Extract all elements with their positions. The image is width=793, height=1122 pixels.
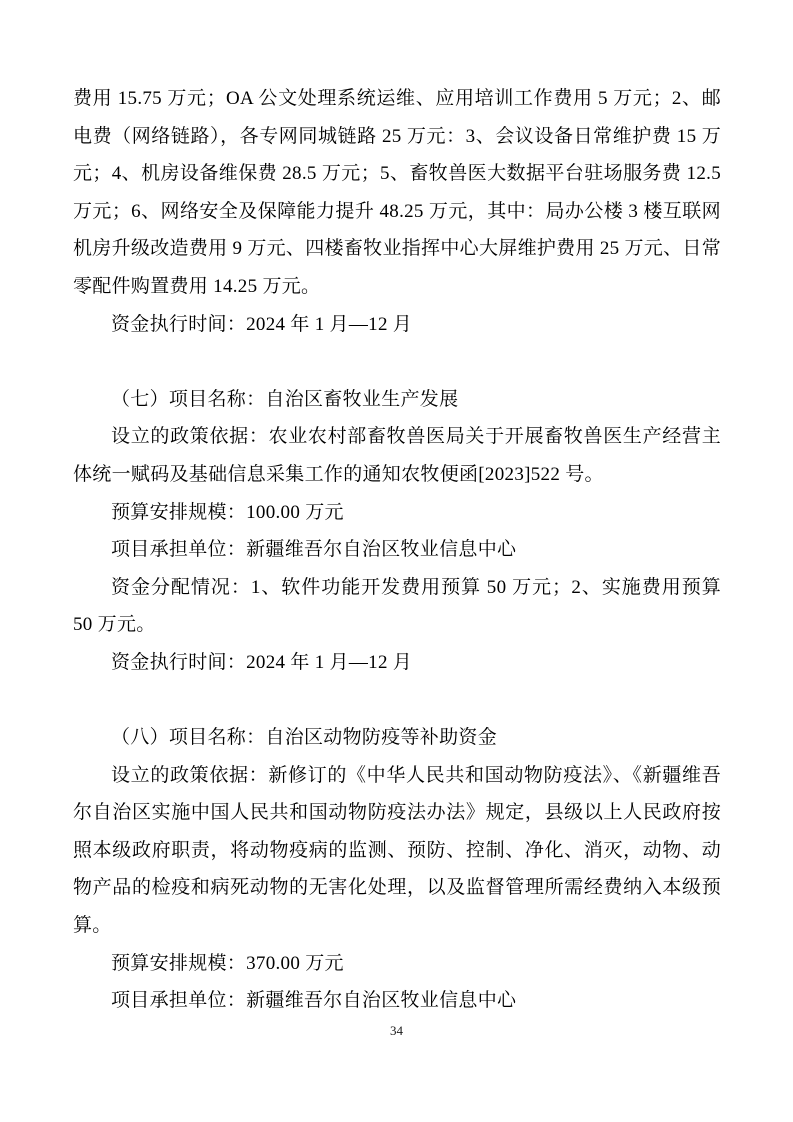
blank-line [73,343,721,381]
page-number: 34 [0,1022,793,1040]
blank-line [73,682,721,720]
paragraph-project8-undertaking-unit: 项目承担单位：新疆维吾尔自治区牧业信息中心 [73,982,721,1020]
paragraph-project7-title: （七）项目名称：自治区畜牧业生产发展 [73,381,721,419]
paragraph-project7-fund-allocation: 资金分配情况：1、软件功能开发费用预算 50 万元；2、实施费用预算 50 万元… [73,569,721,644]
paragraph-execution-time: 资金执行时间：2024 年 1 月—12 月 [73,306,721,344]
paragraph-project8-policy-basis: 设立的政策依据：新修订的《中华人民共和国动物防疫法》、《新疆维吾尔自治区实施中国… [73,757,721,945]
paragraph-project7-policy-basis: 设立的政策依据：农业农村部畜牧兽医局关于开展畜牧兽医生产经营主体统一赋码及基础信… [73,418,721,493]
paragraph-project7-execution-time: 资金执行时间：2024 年 1 月—12 月 [73,644,721,682]
document-page: 费用 15.75 万元；OA 公文处理系统运维、应用培训工作费用 5 万元；2、… [0,0,793,1122]
paragraph-continuation: 费用 15.75 万元；OA 公文处理系统运维、应用培训工作费用 5 万元；2、… [73,80,721,306]
paragraph-project8-budget-scale: 预算安排规模：370.00 万元 [73,945,721,983]
document-body: 费用 15.75 万元；OA 公文处理系统运维、应用培训工作费用 5 万元；2、… [73,80,721,1020]
paragraph-project7-budget-scale: 预算安排规模：100.00 万元 [73,494,721,532]
paragraph-project7-undertaking-unit: 项目承担单位：新疆维吾尔自治区牧业信息中心 [73,531,721,569]
paragraph-project8-title: （八）项目名称：自治区动物防疫等补助资金 [73,719,721,757]
